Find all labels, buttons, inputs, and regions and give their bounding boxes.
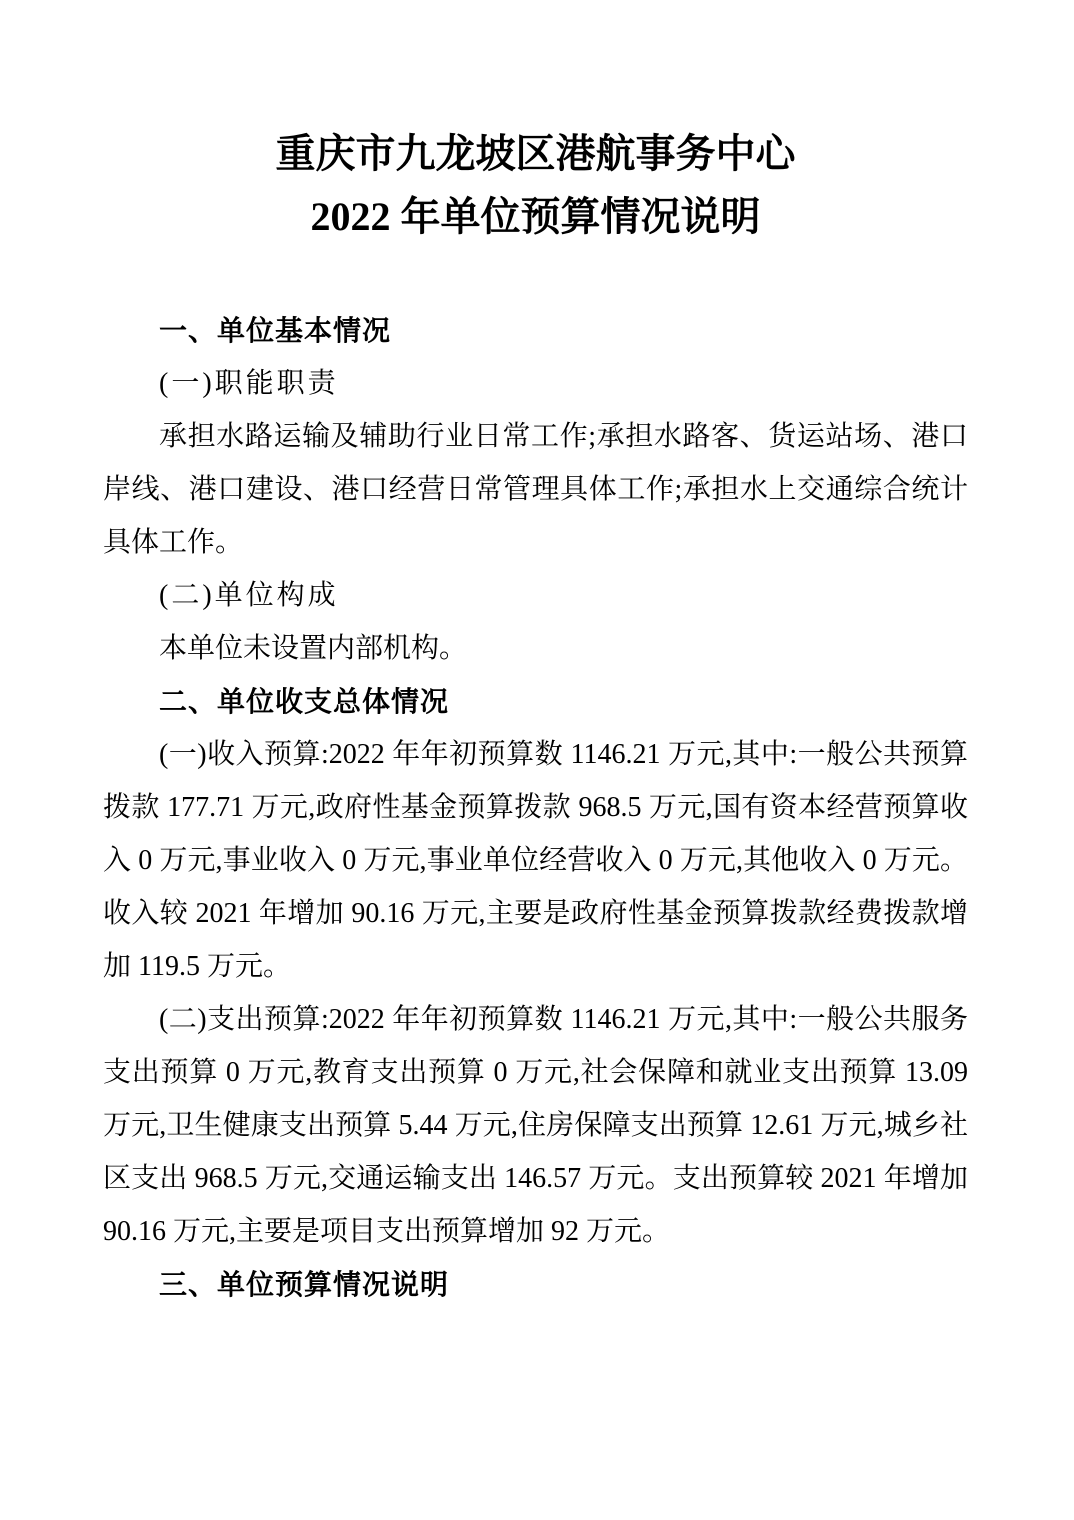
section-heading-unit-basic-info: 一、单位基本情况	[103, 304, 968, 357]
paragraph-unit-composition: 本单位未设置内部机构。	[103, 622, 968, 675]
subheading-unit-composition: (二)单位构成	[103, 569, 968, 622]
document-title-line1: 重庆市九龙坡区港航事务中心	[103, 122, 968, 185]
document-page: 重庆市九龙坡区港航事务中心 2022 年单位预算情况说明 一、单位基本情况 (一…	[0, 0, 1074, 1520]
paragraph-functions-duties: 承担水路运输及辅助行业日常工作;承担水路客、货运站场、港口岸线、港口建设、港口经…	[103, 410, 968, 569]
document-title-line2: 2022 年单位预算情况说明	[103, 185, 968, 248]
section-heading-budget-explanation: 三、单位预算情况说明	[103, 1258, 968, 1311]
paragraph-expenditure-budget: (二)支出预算:2022 年年初预算数 1146.21 万元,其中:一般公共服务…	[103, 993, 968, 1258]
subheading-functions-duties: (一)职能职责	[103, 357, 968, 410]
paragraph-income-budget: (一)收入预算:2022 年年初预算数 1146.21 万元,其中:一般公共预算…	[103, 728, 968, 993]
document-title-block: 重庆市九龙坡区港航事务中心 2022 年单位预算情况说明	[103, 122, 968, 248]
section-heading-revenue-expenditure-overview: 二、单位收支总体情况	[103, 675, 968, 728]
